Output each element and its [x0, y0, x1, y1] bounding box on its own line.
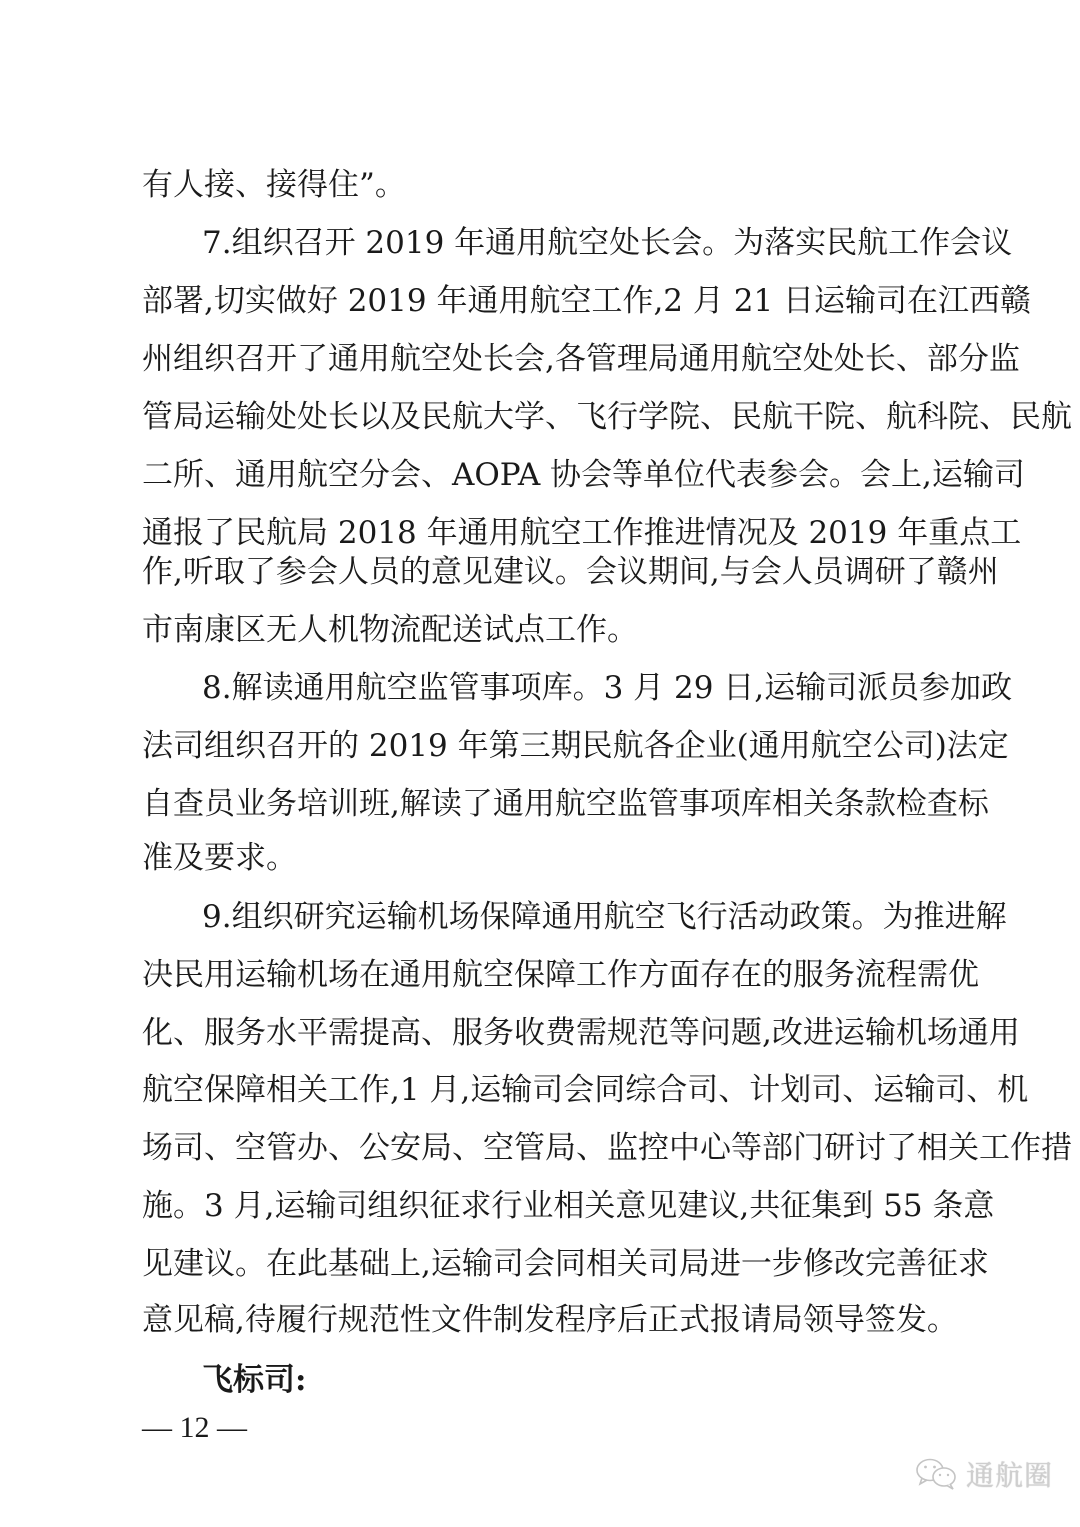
page-number: — 12 —: [142, 1404, 247, 1452]
text-line: 州组织召开了通用航空处长会,各管理局通用航空处处长、部分监: [142, 330, 942, 388]
item-9-heading-line: 9.组织研究运输机场保障通用航空飞行活动政策。为推进解: [202, 888, 942, 946]
text-line: 作,听取了参会人员的意见建议。会议期间,与会人员调研了赣州: [142, 543, 942, 601]
text-line: 自查员业务培训班,解读了通用航空监管事项库相关条款检查标: [142, 775, 942, 833]
item-8-heading-line: 8.解读通用航空监管事项库。3 月 29 日,运输司派员参加政: [202, 659, 942, 717]
text-line: 决民用运输机场在通用航空保障工作方面存在的服务流程需优: [142, 946, 942, 1004]
section-heading: 飞标司:: [202, 1351, 306, 1409]
text-line: 场司、空管办、公安局、空管局、监控中心等部门研讨了相关工作措: [142, 1119, 942, 1177]
watermark: 通航圈: [914, 1452, 1074, 1496]
text-line: 意见稿,待履行规范性文件制发程序后正式报请局领导签发。: [142, 1291, 942, 1349]
text-line: 二所、通用航空分会、AOPA 协会等单位代表参会。会上,运输司: [142, 446, 942, 504]
text-line: 部署,切实做好 2019 年通用航空工作,2 月 21 日运输司在江西赣: [142, 272, 942, 330]
item-7-heading-line: 7.组织召开 2019 年通用航空处长会。为落实民航工作会议: [202, 214, 942, 272]
text-line: 法司组织召开的 2019 年第三期民航各企业(通用航空公司)法定: [142, 717, 942, 775]
text-line: 管局运输处处长以及民航大学、飞行学院、民航干院、航科院、民航: [142, 388, 942, 446]
text-line: 准及要求。: [142, 829, 942, 887]
text-line: 有人接、接得住”。: [142, 156, 942, 214]
text-line: 化、服务水平需提高、服务收费需规范等问题,改进运输机场通用: [142, 1004, 942, 1062]
watermark-text: 通航圈: [966, 1454, 1053, 1494]
text-line: 航空保障相关工作,1 月,运输司会同综合司、计划司、运输司、机: [142, 1061, 942, 1119]
document-page: 有人接、接得住”。 7.组织召开 2019 年通用航空处长会。为落实民航工作会议…: [0, 0, 1080, 1527]
wechat-icon: [914, 1457, 960, 1491]
text-line: 见建议。在此基础上,运输司会同相关司局进一步修改完善征求: [142, 1235, 942, 1293]
text-line: 市南康区无人机物流配送试点工作。: [142, 601, 942, 659]
text-line: 施。3 月,运输司组织征求行业相关意见建议,共征集到 55 条意: [142, 1177, 942, 1235]
